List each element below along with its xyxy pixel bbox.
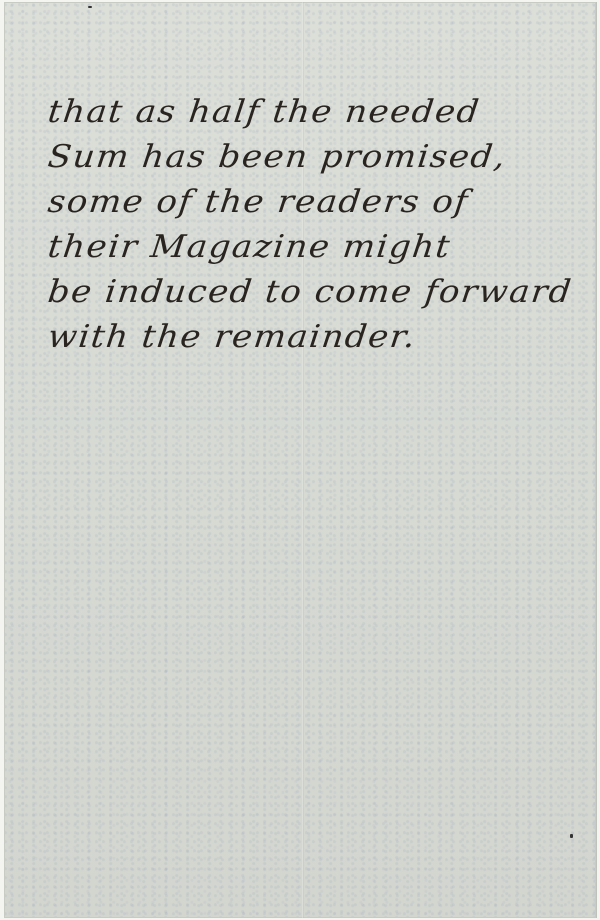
- ink-speck: [570, 834, 573, 838]
- text-line: be induced to come forward: [46, 272, 600, 313]
- letter-page: that as half the needed Sum has been pro…: [4, 2, 596, 918]
- text-line: Sum has been promised,: [46, 137, 600, 178]
- text-line: with the remainder.: [46, 317, 600, 358]
- handwritten-text: that as half the needed Sum has been pro…: [48, 90, 600, 360]
- ink-speck: [88, 6, 92, 8]
- text-line: their Magazine might: [46, 227, 600, 268]
- text-line: that as half the needed: [46, 92, 600, 133]
- text-line: some of the readers of: [46, 182, 600, 223]
